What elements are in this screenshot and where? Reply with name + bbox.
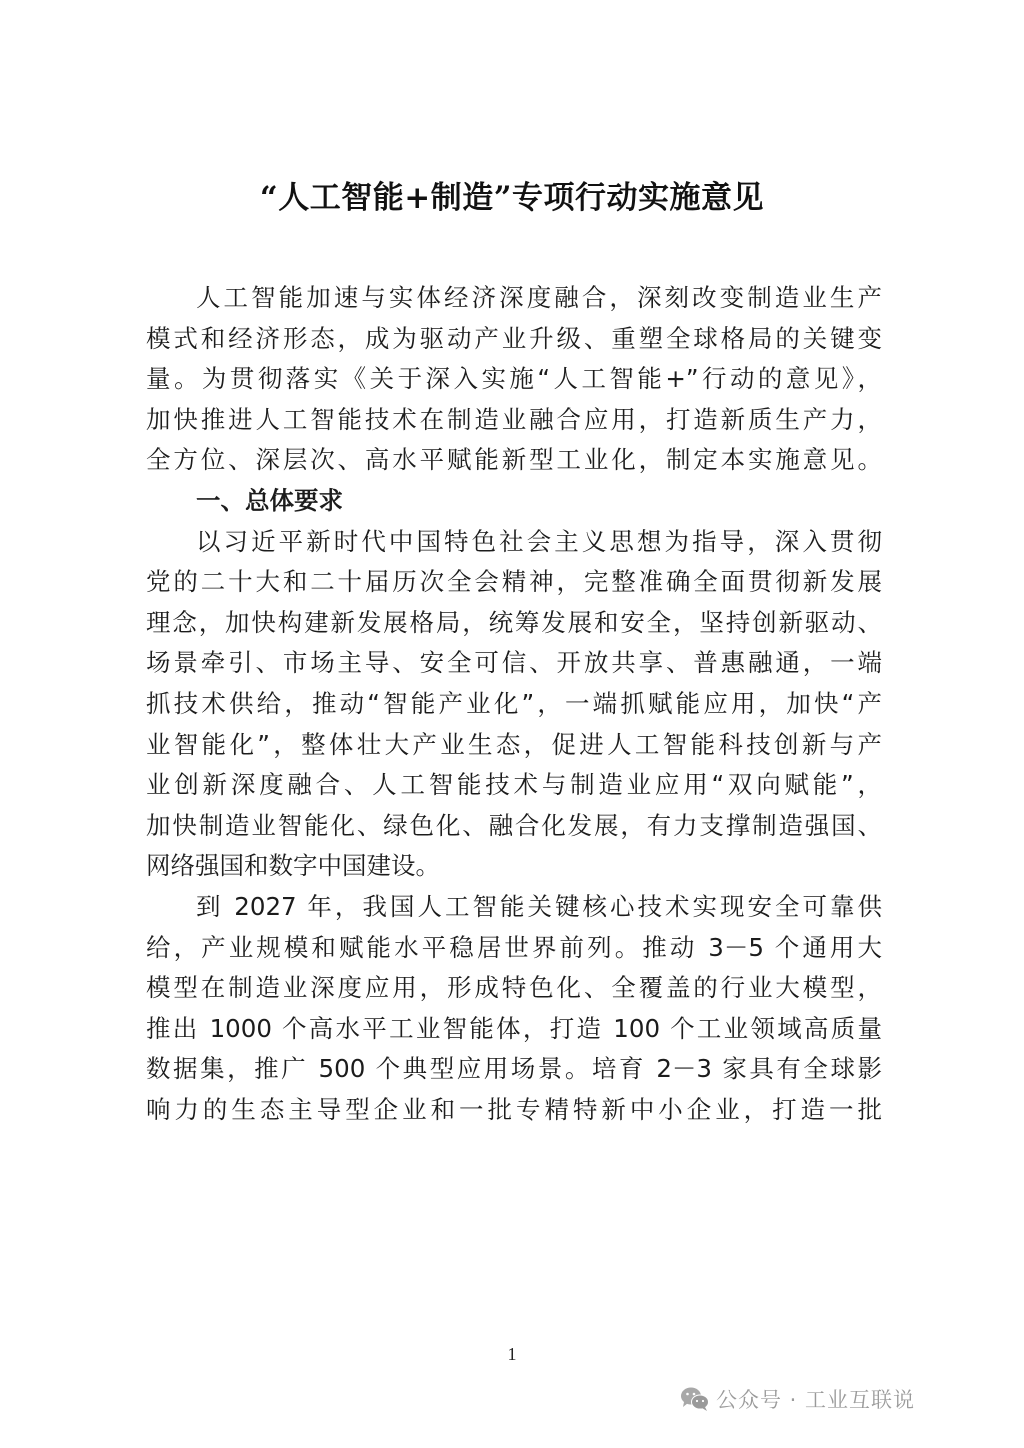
section-heading: 一、总体要求 <box>146 481 882 522</box>
body-line: 响力的生态主导型企业和一批专精特新中小企业，打造一批 <box>146 1090 882 1131</box>
body-line: 业智能化”，整体壮大产业生态，促进人工智能科技创新与产 <box>146 725 882 766</box>
document-title: “人工智能+制造”专项行动实施意见 <box>0 172 1024 217</box>
body-line: 网络强国和数字中国建设。 <box>146 846 882 887</box>
body-line: 模型在制造业深度应用，形成特色化、全覆盖的行业大模型， <box>146 968 882 1009</box>
body-line: 业创新深度融合、人工智能技术与制造业应用“双向赋能”， <box>146 765 882 806</box>
body-line: 抓技术供给，推动“智能产业化”，一端抓赋能应用，加快“产 <box>146 684 882 725</box>
document-page: “人工智能+制造”专项行动实施意见 人工智能加速与实体经济深度融合，深刻改变制造… <box>0 0 1024 1448</box>
body-line: 加快推进人工智能技术在制造业融合应用，打造新质生产力， <box>146 400 882 441</box>
body-line: 推出 1000 个高水平工业智能体，打造 100 个工业领域高质量 <box>146 1009 882 1050</box>
body-line: 人工智能加速与实体经济深度融合，深刻改变制造业生产 <box>146 278 882 319</box>
page-number: 1 <box>0 1344 1024 1365</box>
body-line: 模式和经济形态，成为驱动产业升级、重塑全球格局的关键变 <box>146 319 882 360</box>
body-line: 加快制造业智能化、绿色化、融合化发展，有力支撑制造强国、 <box>146 806 882 847</box>
body-line: 数据集，推广 500 个典型应用场景。培育 2－3 家具有全球影 <box>146 1049 882 1090</box>
body-line: 全方位、深层次、高水平赋能新型工业化，制定本实施意见。 <box>146 440 882 481</box>
body-line: 给，产业规模和赋能水平稳居世界前列。推动 3－5 个通用大 <box>146 928 882 969</box>
document-body: 人工智能加速与实体经济深度融合，深刻改变制造业生产 模式和经济形态，成为驱动产业… <box>146 278 882 1130</box>
body-line: 场景牵引、市场主导、安全可信、开放共享、普惠融通，一端 <box>146 643 882 684</box>
watermark: 公众号 · 工业互联说 <box>680 1384 915 1414</box>
body-line: 量。为贯彻落实《关于深入实施“人工智能+”行动的意见》， <box>146 359 882 400</box>
body-line: 理念，加快构建新发展格局，统筹发展和安全，坚持创新驱动、 <box>146 603 882 644</box>
body-line: 党的二十大和二十届历次全会精神，完整准确全面贯彻新发展 <box>146 562 882 603</box>
body-line: 到 2027 年，我国人工智能关键核心技术实现安全可靠供 <box>146 887 882 928</box>
wechat-icon <box>680 1386 710 1412</box>
watermark-text: 公众号 · 工业互联说 <box>716 1384 915 1414</box>
body-line: 以习近平新时代中国特色社会主义思想为指导，深入贯彻 <box>146 522 882 563</box>
